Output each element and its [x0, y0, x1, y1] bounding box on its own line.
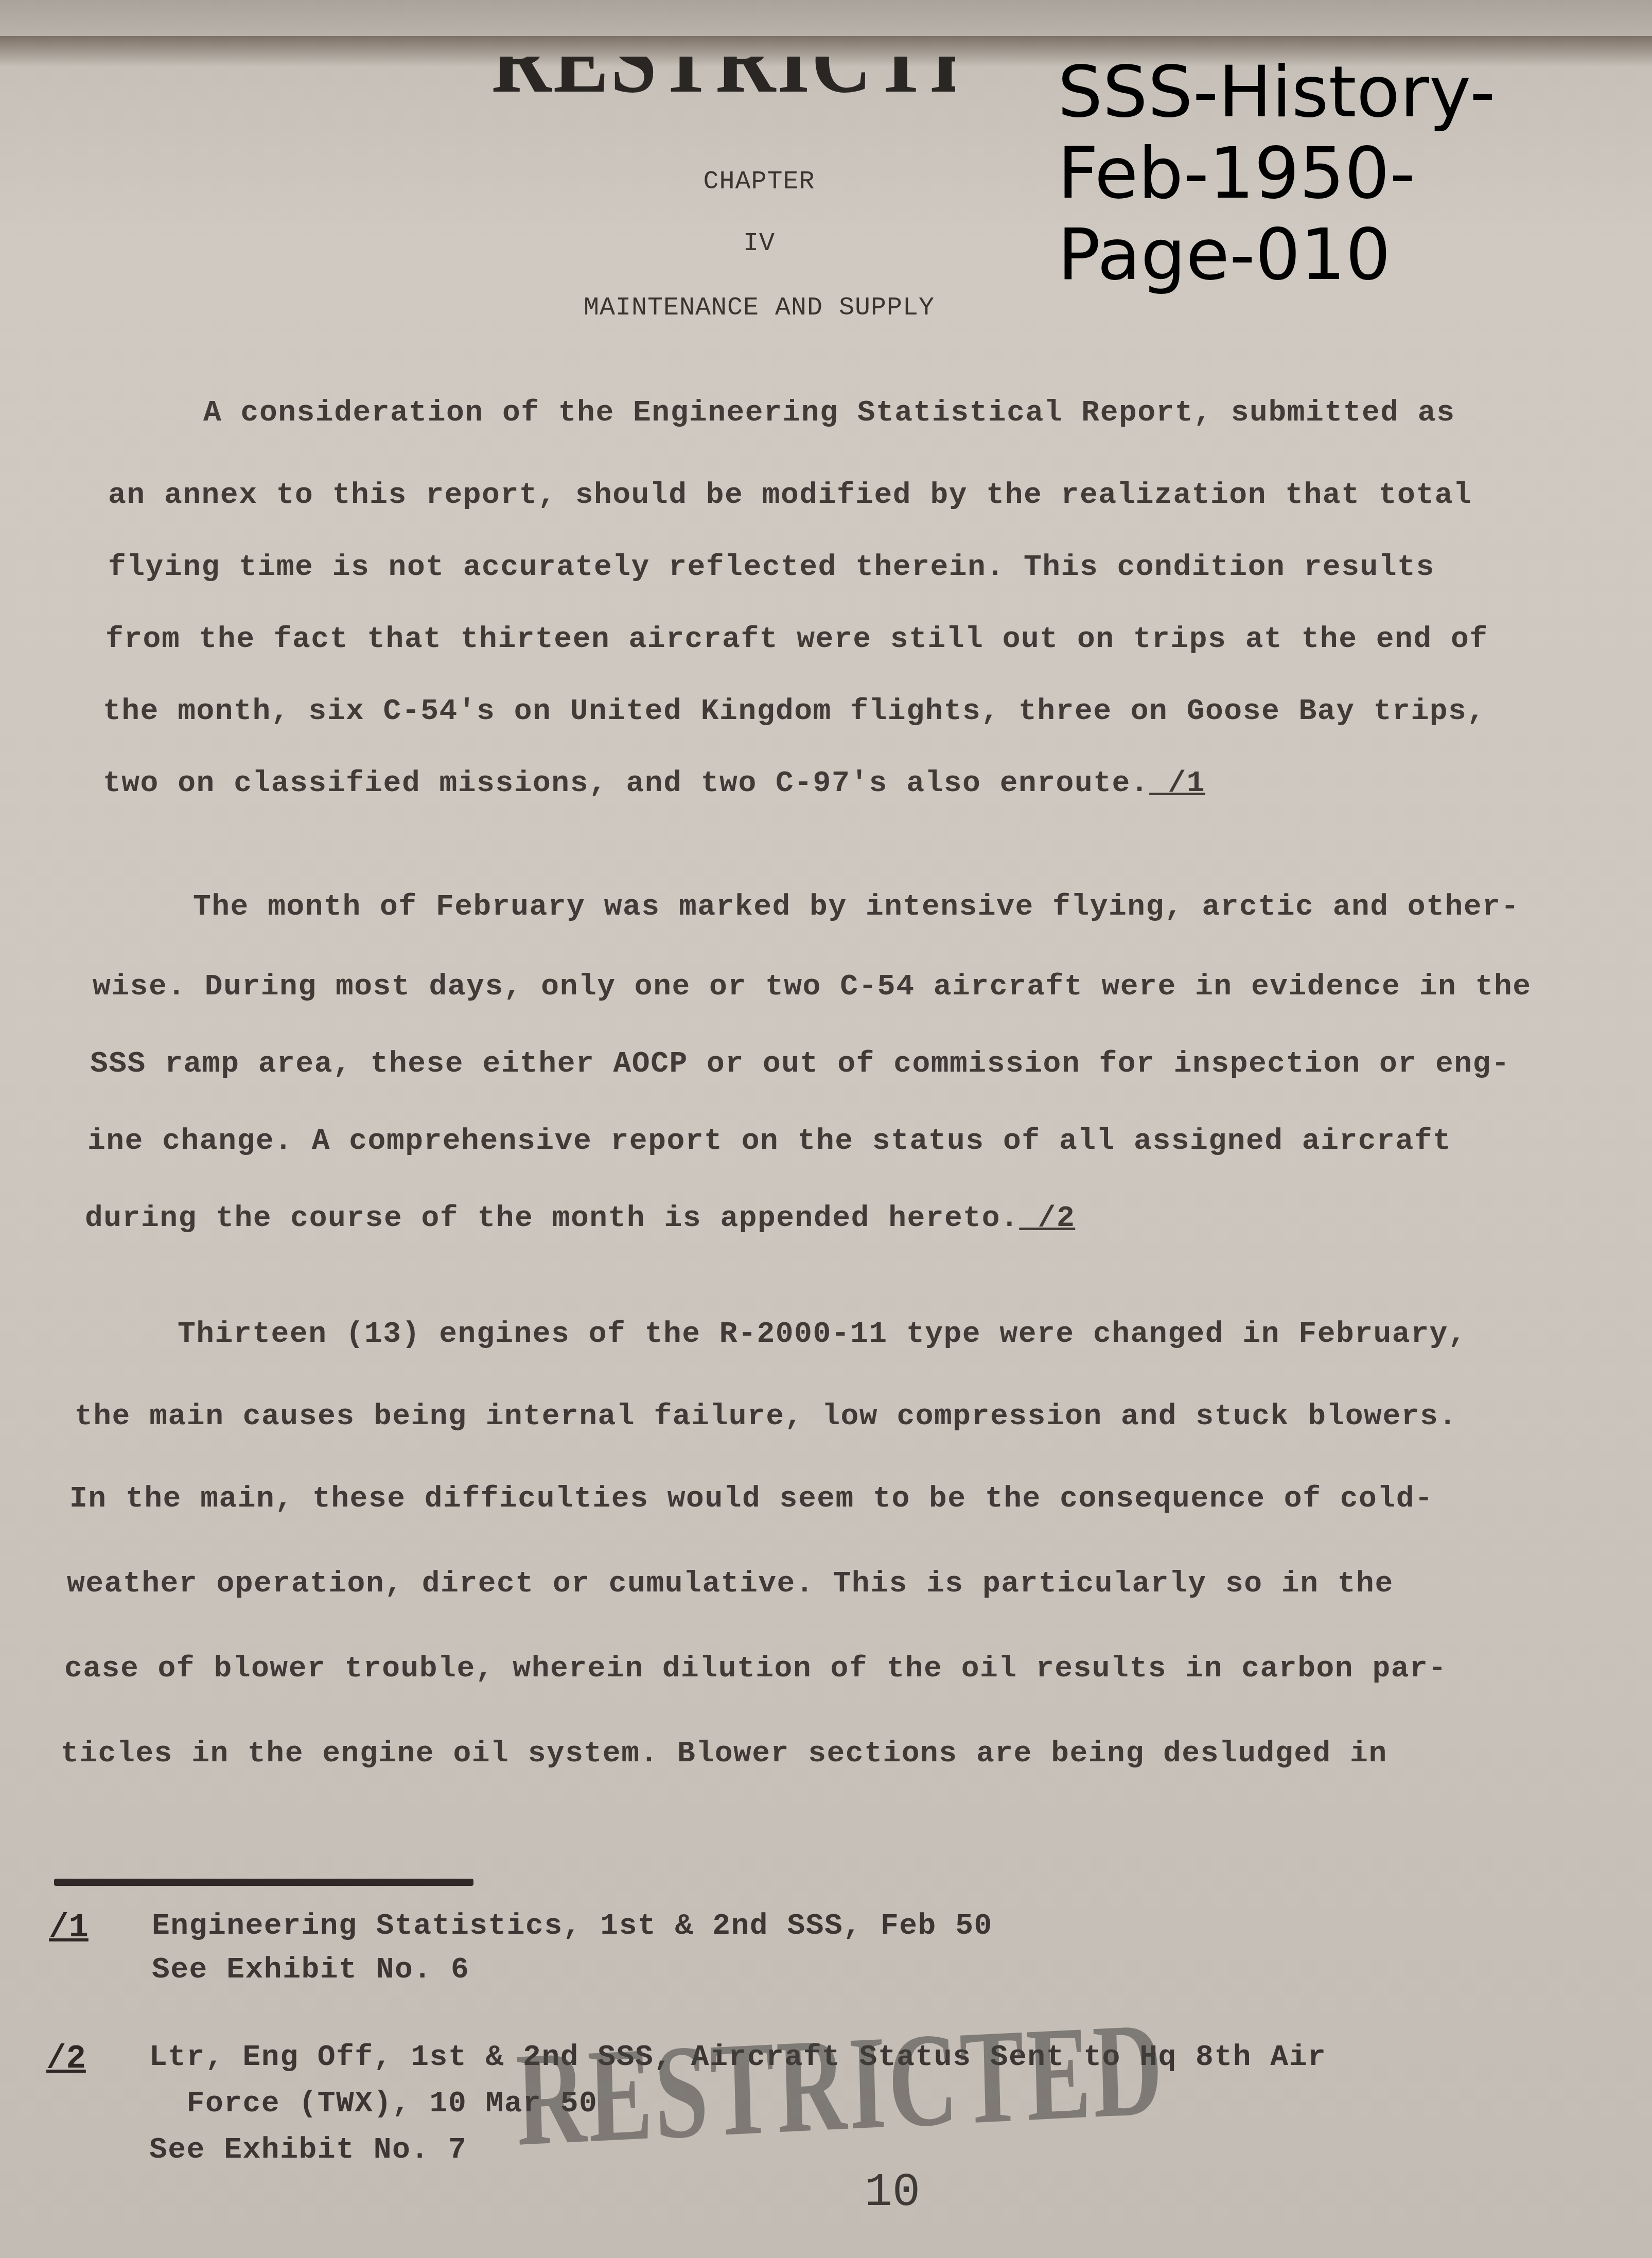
paragraph-line: ticles in the engine oil system. Blower … [61, 1737, 1387, 1771]
paragraph-line: an annex to this report, should be modif… [108, 479, 1472, 512]
page-number: 10 [865, 2167, 920, 2219]
footnote-line: See Exhibit No. 6 [152, 1953, 469, 1987]
paragraph-line: case of blower trouble, wherein dilution… [64, 1652, 1447, 1686]
paragraph-line: the main causes being internal failure, … [75, 1400, 1457, 1433]
footnote-line: Engineering Statistics, 1st & 2nd SSS, F… [152, 1910, 993, 1943]
paragraph-line: SSS ramp area, these either AOCP or out … [90, 1047, 1510, 1081]
archive-label-line: Page-010 [1058, 214, 1496, 295]
archive-label-line: SSS-History- [1058, 51, 1496, 133]
footnote-divider [54, 1879, 473, 1886]
paragraph-line: weather operation, direct or cumulative.… [67, 1567, 1394, 1601]
footnote-mark: /2 [46, 2041, 86, 2078]
chapter-title: MAINTENANCE AND SUPPLY [0, 293, 1585, 323]
paragraph-line: The month of February was marked by inte… [193, 890, 1520, 924]
archive-label-line: Feb-1950- [1058, 133, 1496, 214]
paragraph-line: during the course of the month is append… [85, 1202, 1075, 1235]
footnote-mark: /1 [49, 1910, 89, 1947]
paragraph-line: Thirteen (13) engines of the R-2000-11 t… [178, 1318, 1467, 1351]
paragraph-line: ine change. A comprehensive report on th… [87, 1125, 1451, 1158]
paragraph-line: wise. During most days, only one or two … [93, 970, 1532, 1004]
footnote-reference[interactable]: /1 [1149, 767, 1205, 800]
paragraph-line: In the main, these difficulties would se… [69, 1482, 1433, 1516]
paragraph-line: from the fact that thirteen aircraft wer… [106, 623, 1488, 656]
paragraph-line: A consideration of the Engineering Stati… [203, 396, 1455, 430]
paragraph-line: two on classified missions, and two C-97… [103, 767, 1205, 800]
footnote-line: See Exhibit No. 7 [149, 2133, 467, 2167]
paragraph-line: flying time is not accurately reflected … [108, 551, 1435, 584]
paragraph-line: the month, six C-54's on United Kingdom … [103, 695, 1486, 728]
document-page: RESTRICTED CHAPTER IV MAINTENANCE AND SU… [0, 36, 1652, 2258]
archive-label: SSS-History- Feb-1950- Page-010 [1058, 51, 1496, 295]
footnote-reference[interactable]: /2 [1019, 1202, 1075, 1235]
restricted-stamp-top: RESTRICTED [491, 57, 955, 118]
restricted-stamp-bottom: RESTRICTED [515, 2002, 1166, 2167]
